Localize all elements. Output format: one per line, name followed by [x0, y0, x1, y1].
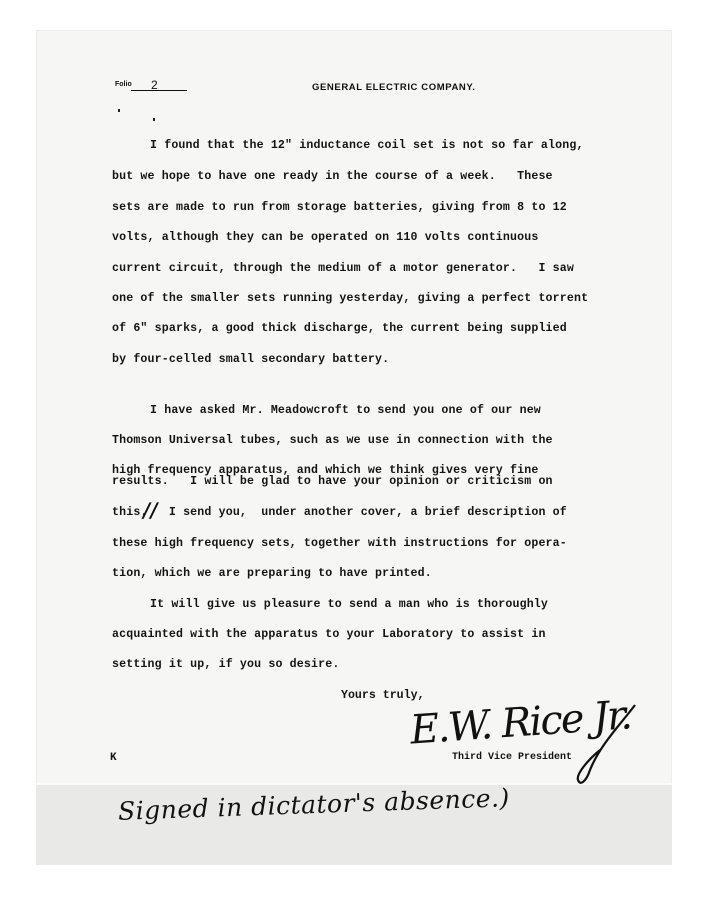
ink-mark — [118, 109, 120, 112]
signer-title: Third Vice President — [452, 752, 572, 763]
body-line: volts, although they can be operated on … — [112, 231, 538, 244]
body-line: I have asked Mr. Meadowcroft to send you… — [150, 404, 541, 417]
body-line: these high frequency sets, together with… — [112, 537, 567, 550]
body-line: one of the smaller sets running yesterda… — [112, 292, 588, 305]
ink-mark — [153, 118, 155, 121]
body-line: of 6" sparks, a good thick discharge, th… — [112, 322, 567, 335]
salutation: Yours truly, — [341, 689, 425, 702]
body-line: results. I will be glad to have your opi… — [112, 475, 553, 488]
body-line: I found that the 12" inductance coil set… — [150, 139, 584, 152]
body-line: this. I send you, under another cover, a… — [112, 506, 567, 519]
typist-initial: K — [110, 752, 117, 764]
body-line: Thomson Universal tubes, such as we use … — [112, 434, 553, 447]
body-line: setting it up, if you so desire. — [112, 658, 339, 671]
folio-number: 2 — [131, 80, 187, 91]
body-line: tion, which we are preparing to have pri… — [112, 567, 432, 580]
signature-flourish — [560, 700, 640, 790]
letterhead-company: GENERAL ELECTRIC COMPANY. — [312, 82, 476, 93]
body-line: current circuit, through the medium of a… — [112, 262, 574, 275]
body-line: but we hope to have one ready in the cou… — [112, 170, 553, 183]
body-line: It will give us pleasure to send a man w… — [150, 598, 548, 611]
body-line: sets are made to run from storage batter… — [112, 201, 567, 214]
body-line: acquainted with the apparatus to your La… — [112, 628, 546, 641]
folio-label: Folio — [115, 81, 132, 88]
body-line: by four-celled small secondary battery. — [112, 353, 389, 366]
